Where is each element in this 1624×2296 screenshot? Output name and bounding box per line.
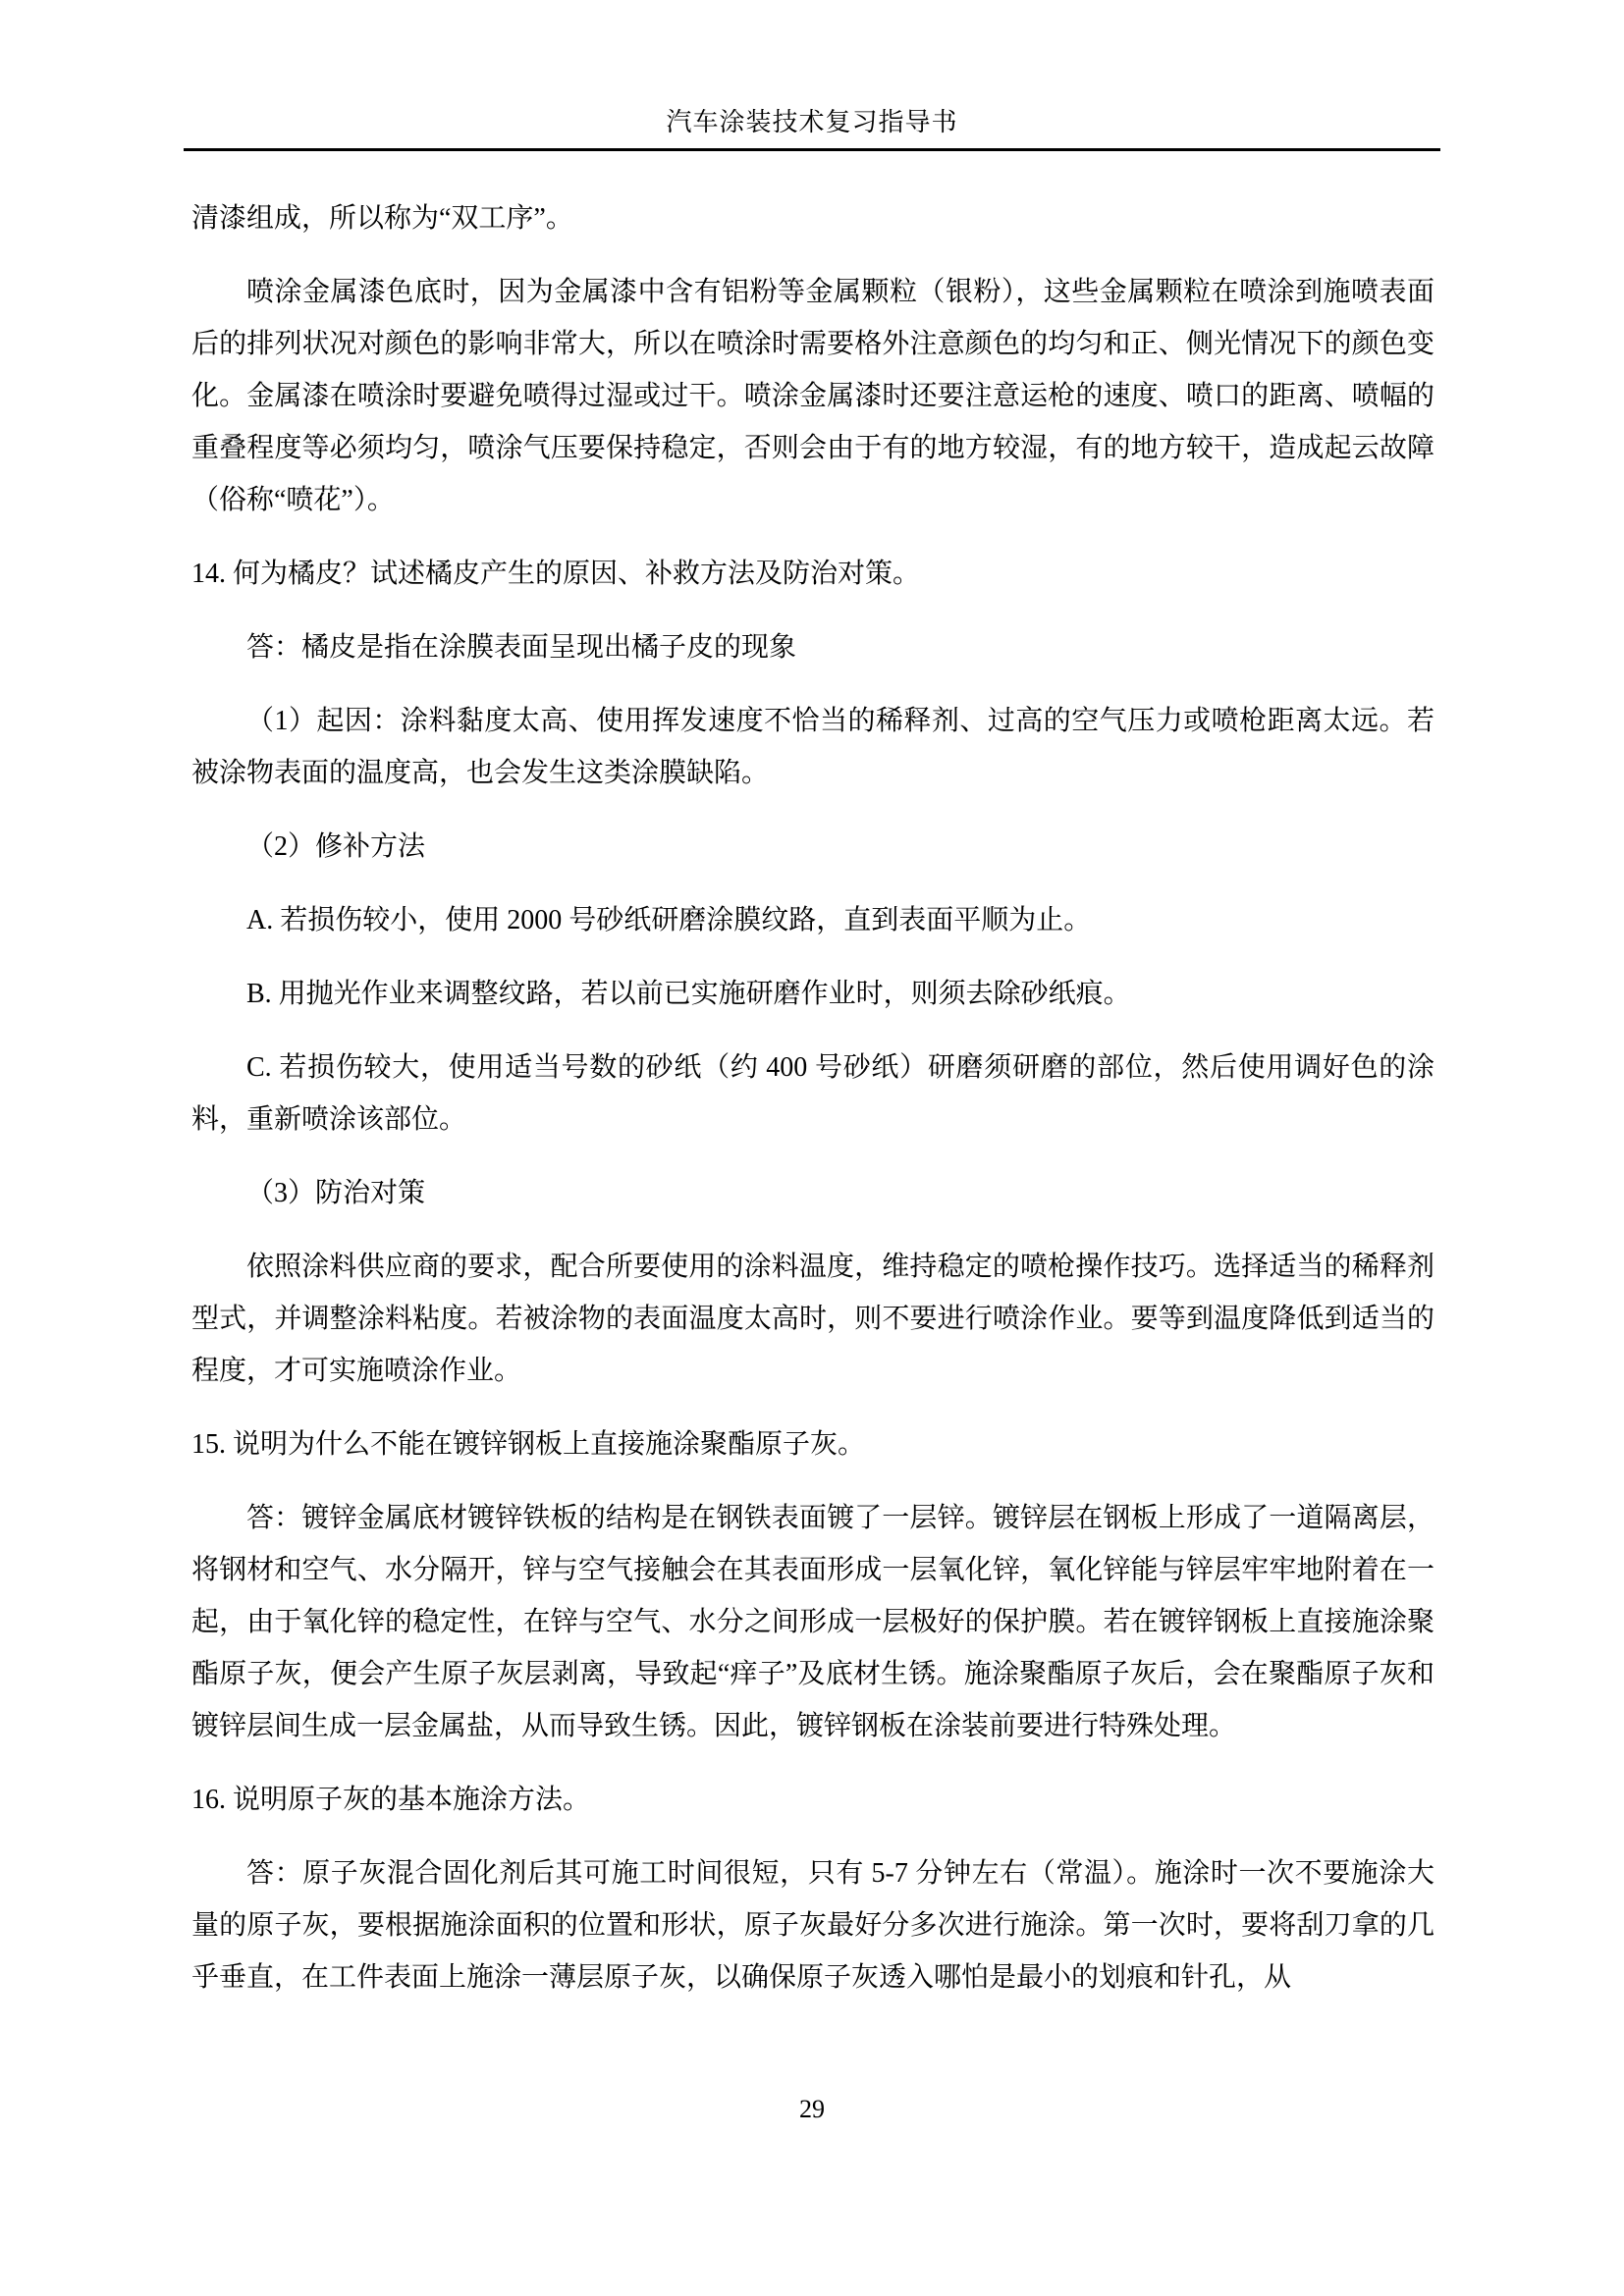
answer-14-prevention-heading: （3）防治对策 bbox=[191, 1167, 1435, 1219]
answer-14-prevention: 依照涂料供应商的要求，配合所要使用的涂料温度，维持稳定的喷枪操作技巧。选择适当的… bbox=[191, 1241, 1435, 1397]
question-14: 14. 何为橘皮？试述橘皮产生的原因、补救方法及防治对策。 bbox=[191, 548, 1435, 600]
header-rule bbox=[184, 148, 1440, 151]
answer-16: 答：原子灰混合固化剂后其可施工时间很短，只有 5-7 分钟左右（常温）。施涂时一… bbox=[191, 1847, 1435, 2003]
answer-14-cause: （1）起因：涂料黏度太高、使用挥发速度不恰当的稀释剂、过高的空气压力或喷枪距离太… bbox=[191, 695, 1435, 799]
answer-15: 答：镀锌金属底材镀锌铁板的结构是在钢铁表面镀了一层锌。镀锌层在钢板上形成了一道隔… bbox=[191, 1492, 1435, 1752]
document-page: 汽车涂装技术复习指导书 清漆组成，所以称为“双工序”。 喷涂金属漆色底时，因为金… bbox=[0, 0, 1624, 2296]
answer-14-repair-heading: （2）修补方法 bbox=[191, 821, 1435, 873]
page-header-title: 汽车涂装技术复习指导书 bbox=[0, 108, 1624, 137]
page-number: 29 bbox=[0, 2095, 1624, 2124]
question-16: 16. 说明原子灰的基本施涂方法。 bbox=[191, 1774, 1435, 1826]
answer-14-intro: 答：橘皮是指在涂膜表面呈现出橘子皮的现象 bbox=[191, 621, 1435, 673]
metallic-paint-paragraph: 喷涂金属漆色底时，因为金属漆中含有铝粉等金属颗粒（银粉），这些金属颗粒在喷涂到施… bbox=[191, 266, 1435, 526]
document-body: 清漆组成，所以称为“双工序”。 喷涂金属漆色底时，因为金属漆中含有铝粉等金属颗粒… bbox=[191, 192, 1435, 2025]
repair-step-a: A. 若损伤较小，使用 2000 号砂纸研磨涂膜纹路，直到表面平顺为止。 bbox=[191, 894, 1435, 946]
repair-step-b: B. 用抛光作业来调整纹路，若以前已实施研磨作业时，则须去除砂纸痕。 bbox=[191, 968, 1435, 1020]
continuation-paragraph: 清漆组成，所以称为“双工序”。 bbox=[191, 192, 1435, 244]
question-15: 15. 说明为什么不能在镀锌钢板上直接施涂聚酯原子灰。 bbox=[191, 1418, 1435, 1470]
repair-step-c: C. 若损伤较大，使用适当号数的砂纸（约 400 号砂纸）研磨须研磨的部位，然后… bbox=[191, 1041, 1435, 1146]
